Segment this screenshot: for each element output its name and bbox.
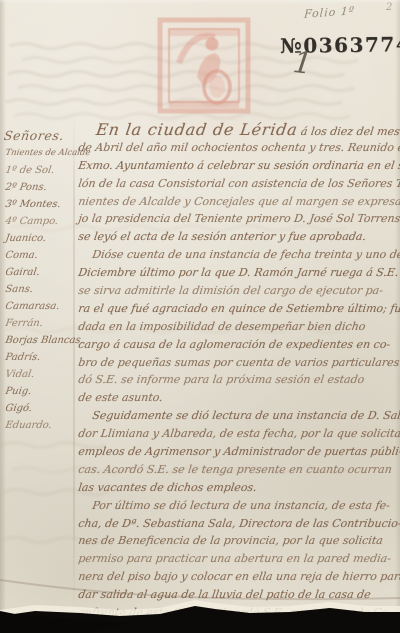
page-number-mark: 1 [291, 48, 314, 80]
manuscript-line: jo la presidencia del Teniente primero D… [77, 210, 400, 228]
manuscript-line: empleos de Agrimensor y Administrador de… [77, 443, 400, 461]
manuscript-text: En la ciudad de Lérida á los diez del me… [77, 121, 397, 622]
manuscript-page: Folio 1º 2 №0363774 1 Señores. Tnientes … [0, 0, 400, 633]
manuscript-line: lón de la casa Consistorial con asistenc… [77, 175, 400, 193]
manuscript-line: cas. Acordó S.E. se le tenga presente en… [77, 461, 400, 479]
folio-annotation: Folio 1º [304, 4, 356, 21]
manuscript-line: bro de pequeñas sumas por cuenta de vari… [77, 354, 400, 372]
opening-rest: á los diez del mes [296, 125, 400, 138]
attendee-name: Juanico. [4, 230, 79, 247]
manuscript-line: permiso para practicar una abertura en l… [77, 550, 400, 568]
margin-attendee-list: Señores. Tnientes de Alcalde 1º de Sol. … [4, 127, 76, 434]
attendee-name: 1º de Sol. [4, 162, 79, 179]
paper-edge-shading [0, 0, 6, 633]
attendee-name: Borjas Blancas. [4, 332, 79, 349]
attendees-heading: Señores. [3, 127, 78, 145]
paper-edge-shading [0, 0, 400, 4]
manuscript-line: se leyó el acta de la sesión anterior y … [77, 228, 400, 246]
attendee-name: 4º Campo. [4, 213, 79, 230]
attendee-name: Camarasa. [4, 298, 79, 315]
revenue-stamp [157, 17, 251, 114]
manuscript-line: ra el que fué agraciado en quince de Set… [77, 300, 400, 318]
manuscript-line: dor Llimiana y Albareda, de esta fecha, … [77, 425, 400, 443]
manuscript-line: enfrente de esta Ciudad. Acordó S.E. que… [77, 604, 400, 622]
manuscript-line: nera del piso bajo y colocar en ella una… [77, 568, 400, 586]
manuscript-line: dar salida al agua de la lluvia del pati… [77, 586, 400, 604]
attendee-name: Eduardo. [4, 417, 79, 434]
attendee-name: Tnientes de Alcalde [4, 145, 79, 162]
manuscript-line: nientes de Alcalde y Concejales que al m… [77, 193, 400, 211]
manuscript-line: Por último se dió lectura de una instanc… [77, 497, 400, 515]
paper-edge-shading [395, 0, 400, 633]
manuscript-line: dó S.E. se informe para la próxima sesió… [77, 371, 400, 389]
attendee-name: Ferrán. [4, 315, 79, 332]
manuscript-line: cha, de Dª. Sebastiana Sala, Directora d… [77, 515, 400, 533]
manuscript-line: Seguidamente se dió lectura de una insta… [77, 407, 400, 425]
manuscript-line: En la ciudad de Lérida á los diez del me… [77, 121, 400, 139]
manuscript-line: Exmo. Ayuntamiento á celebrar su sesión … [77, 157, 400, 175]
opening-phrase: En la ciudad de Lérida [95, 120, 299, 139]
attendee-name: Vidal. [4, 366, 79, 383]
attendee-name: Gigó. [4, 400, 79, 417]
attendee-name: Sans. [4, 281, 79, 298]
manuscript-line: Diciembre último por la que D. Ramón Jar… [77, 264, 400, 282]
manuscript-line: de este asunto. [77, 389, 400, 407]
manuscript-line: de Abril del año mil ochocientos ochenta… [77, 139, 400, 157]
attendee-name: Padrís. [4, 349, 79, 366]
manuscript-line: Dióse cuenta de una instancia de fecha t… [77, 246, 400, 264]
manuscript-line: dada en la imposibilidad de desempeñar b… [77, 318, 400, 336]
manuscript-line: nes de Beneficencia de la provincia, por… [77, 532, 400, 550]
manuscript-line: las vacantes de dichos empleos. [77, 479, 400, 497]
attendee-name: 2º Pons. [4, 179, 79, 196]
manuscript-line: cargo á causa de la aglomeración de expe… [77, 336, 400, 354]
attendee-name: Coma. [4, 247, 79, 264]
attendee-name: 3º Montes. [4, 196, 79, 213]
attendee-name: Gairal. [4, 264, 79, 281]
attendee-name: Puig. [4, 383, 79, 400]
manuscript-line: se sirva admitirle la dimisión del cargo… [77, 282, 400, 300]
